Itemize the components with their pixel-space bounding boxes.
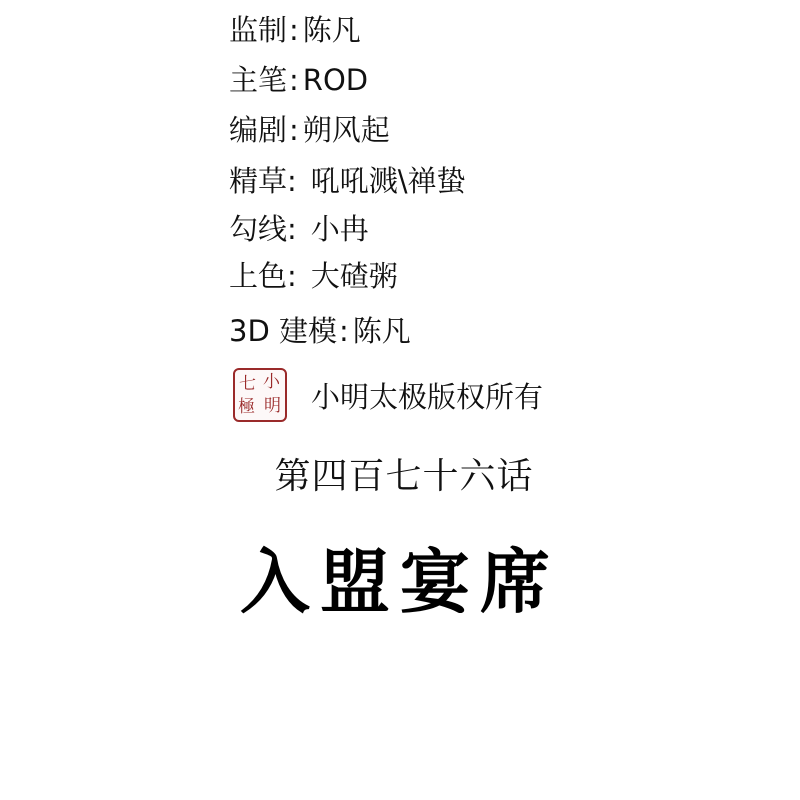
credit-label: 监制 — [229, 13, 287, 47]
credit-supervisor: 监制:陈凡 — [229, 12, 361, 48]
credit-separator: : — [287, 164, 311, 198]
credit-label: 主笔 — [229, 63, 287, 97]
copyright-text: 小明太极版权所有 — [311, 375, 543, 416]
copyright-row: 七 小 極 明 小明太极版权所有 — [233, 367, 543, 423]
seal-char: 七 — [239, 376, 256, 393]
seal-stamp-icon: 七 小 極 明 — [233, 368, 287, 422]
credit-lead-artist: 主笔:ROD — [229, 62, 368, 98]
credit-writer: 编剧:朔风起 — [229, 112, 390, 148]
credit-value: ROD — [303, 63, 368, 97]
chapter-title: 入盟宴席 — [0, 540, 800, 624]
credit-lineart: 勾线:小冉 — [229, 211, 369, 247]
credit-separator: : — [287, 259, 311, 293]
credit-3d-modeling: 3D 建模:陈凡 — [229, 313, 411, 349]
credit-value: 吼吼溅\禅蛰 — [311, 164, 466, 198]
credit-value: 陈凡 — [303, 13, 361, 47]
credit-separator: : — [287, 63, 303, 97]
credit-separator: : — [287, 113, 303, 147]
credit-separator: : — [287, 212, 311, 246]
credit-sketch: 精草:吼吼溅\禅蛰 — [229, 163, 466, 199]
credit-label: 3D 建模 — [229, 314, 337, 348]
credit-value: 朔风起 — [303, 113, 390, 147]
credit-label: 勾线 — [229, 212, 287, 246]
seal-char: 極 — [238, 399, 255, 416]
chapter-number: 第四百七十六话 — [0, 455, 800, 499]
seal-char: 小 — [263, 374, 280, 391]
credit-separator: : — [337, 314, 353, 348]
credit-label: 精草 — [229, 164, 287, 198]
credit-value: 陈凡 — [353, 314, 411, 348]
credit-coloring: 上色:大碴粥 — [229, 258, 398, 294]
credit-label: 编剧 — [229, 113, 287, 147]
seal-char: 明 — [264, 398, 281, 415]
credit-value: 小冉 — [311, 212, 369, 246]
credit-value: 大碴粥 — [311, 259, 398, 293]
credit-label: 上色 — [229, 259, 287, 293]
credit-separator: : — [287, 13, 303, 47]
